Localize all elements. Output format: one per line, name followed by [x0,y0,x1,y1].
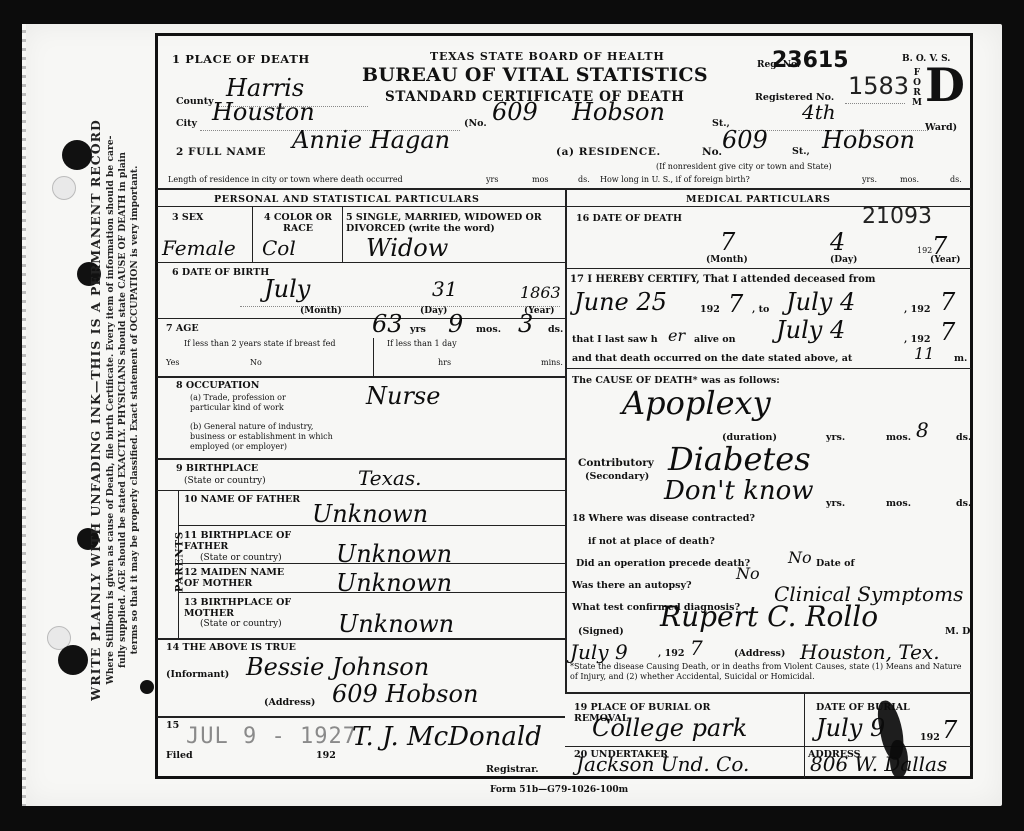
mother-birthplace-label: 13 BIRTHPLACE OF MOTHER [184,597,294,619]
length-of-residence-label: Length of residence in city or town wher… [168,175,403,184]
dob-year: 1863 [520,283,561,302]
board-title: TEXAS STATE BOARD OF HEALTH [430,50,665,63]
medical-section-title: MEDICAL PARTICULARS [686,194,830,205]
punch-hole [58,645,88,675]
ds-label: ds. [950,175,962,184]
father-name-value: Unknown [312,500,428,528]
to-year-prefix: , 192 [904,304,930,315]
ds-label: ds. [956,432,971,443]
autopsy-label: Was there an autopsy? [572,580,692,591]
death-time: 11 [914,344,934,363]
undertaker-value: Jackson Und. Co. [576,752,749,776]
foreign-birth-label: How long in U. S., if of foreign birth? [600,175,750,184]
birthplace-label: 9 BIRTHPLACE [176,463,258,474]
yrs-label: yrs [486,175,498,184]
last-saw-prefix: that I last saw h [572,334,658,345]
paper-edge [22,24,26,806]
ds-label: ds. [956,498,971,509]
age-months: 9 [448,310,463,338]
filed-date-stamp: JUL 9 - 1927 [186,724,357,749]
informant-value: Bessie Johnson [246,653,429,681]
hrs-label: hrs [438,358,451,367]
month-caption: (Month) [706,255,748,265]
sex-label: 3 SEX [172,212,203,223]
full-name-value: Annie Hagan [292,126,450,154]
residence-street-value: Hobson [822,126,915,154]
secondary-label: (Secondary) [585,471,649,482]
birthplace-value: Texas. [358,466,421,490]
dod-month: 7 [720,228,735,256]
filed-number: 15 [166,720,179,731]
residence-label: (a) RESIDENCE. [556,146,661,158]
date-of-label: Date of [816,558,855,569]
form-number: Form 51b—G79-1026-100m [490,785,628,795]
registrar-signature: T. J. McDonald [352,722,542,752]
md-label: M. D. [945,626,973,637]
year-caption: (Year) [930,255,960,265]
cause-duration-months: 8 [916,418,929,442]
not-at-place-label: if not at place of death? [588,536,715,547]
personal-section-title: PERSONAL AND STATISTICAL PARTICULARS [214,194,479,205]
street-no-label: (No. [464,118,487,129]
no-label: No [250,358,262,367]
mos-label: mos. [900,175,919,184]
color-value: Col [262,236,296,260]
father-name-label: 10 NAME OF FATHER [184,494,300,505]
undertaker-address-value: 806 W. Dallas [810,752,947,776]
registered-no: 1583 [848,72,909,100]
attended-from-date: June 25 [574,288,667,316]
margin-line-1: Where Stillborn is given as cause of Dea… [105,30,117,790]
yrs-label: yrs. [826,498,845,509]
month-caption: (Month) [300,306,342,316]
filed-label: Filed [166,750,193,761]
age-label: 7 AGE [166,323,199,334]
ward-label: Ward) [925,122,957,133]
burial-date-value: July 9 [816,714,885,742]
physician-address-label: (Address) [734,648,785,659]
contributory-label: Contributory [578,457,654,469]
physician-signature: Rupert C. Rollo [660,600,878,633]
informant-address-value: 609 Hobson [332,680,478,708]
mos-label: mos. [886,432,911,443]
mother-name-label: 12 MAIDEN NAME OF MOTHER [184,567,294,589]
last-saw-date: July 4 [776,316,845,344]
age-days: 3 [518,310,533,338]
sex-value: Female [162,236,236,260]
mins-label: mins. [541,358,563,367]
day-caption: (Day) [420,306,447,316]
city-value: Houston [212,98,315,126]
bureau-title: BUREAU OF VITAL STATISTICS [362,64,708,86]
operation-label: Did an operation precede death? [576,558,750,569]
mos-label: mos [532,175,549,184]
from-year-prefix: 192 [700,304,720,315]
dod-label: 16 DATE OF DEATH [576,213,682,224]
place-of-death-label: 1 PLACE OF DEATH [172,52,310,66]
filed-year-prefix: 192 [316,750,336,761]
form-letters: FORM [912,68,922,108]
city-label: City [176,118,197,129]
yes-label: Yes [166,358,179,367]
yrs-label: yrs. [826,432,845,443]
residence-no-value: 609 [722,126,768,154]
full-name-label: 2 FULL NAME [176,146,266,158]
dob-label: 6 DATE OF BIRTH [172,267,269,278]
ink-blot [890,740,908,778]
death-time-suffix: m. [954,353,967,364]
age-years: 63 [372,310,403,338]
certify-text: 17 I HEREBY CERTIFY, That I attended dec… [570,274,875,285]
color-label: 4 COLOR OR RACE [258,212,338,234]
yrs-label: yrs [410,324,426,335]
last-saw-suffix: alive on [694,334,736,345]
ds-label: ds. [548,324,563,335]
father-birthplace-sub: (State or country) [200,553,282,563]
death-occurred-text: and that death occurred on the date stat… [572,353,852,364]
yrs-label: yrs. [862,175,877,184]
registrar-label: Registrar. [486,764,539,775]
cause-footnote: *State the disease Causing Death, or in … [570,662,970,682]
signed-label: (Signed) [578,626,624,637]
signed-year: 7 [690,636,703,660]
one-day-note: If less than 1 day [387,339,457,348]
dob-month: July [264,275,310,303]
occupation-b-note: (b) General nature of industry, business… [190,422,350,452]
marital-label: 5 SINGLE, MARRIED, WIDOWED OR DIVORCED (… [346,212,562,234]
marital-value: Widow [366,234,448,262]
dod-day: 4 [830,228,845,256]
ds-label: ds. [578,175,590,184]
margin-instructions: WRITE PLAINLY WITH UNFADING INK—THIS IS … [90,30,150,790]
last-saw-pronoun: er [668,326,685,345]
burial-year-prefix: 192 [920,732,940,743]
residence-st-label: St., [792,146,810,157]
margin-headline: WRITE PLAINLY WITH UNFADING INK—THIS IS … [90,30,102,790]
birthplace-sub: (State or country) [184,476,266,486]
mother-birthplace-value: Unknown [338,610,454,638]
last-saw-year: 7 [940,318,955,346]
informant-label: (Informant) [166,669,229,680]
from-year: 7 [728,290,743,318]
physician-address: Houston, Tex. [800,640,940,664]
true-label: 14 THE ABOVE IS TRUE [166,642,296,653]
dod-year-prefix: 192 [917,246,932,255]
contributory-duration: Don't know [664,476,814,506]
signed-date: July 9 [570,640,628,664]
occupation-value: Nurse [366,382,440,410]
autopsy-value: No [736,564,760,583]
breast-fed-note: If less than 2 years state if breast fed [184,339,335,348]
burial-year: 7 [942,716,957,744]
form-id-letter: D [925,62,965,108]
occupation-a-note: (a) Trade, profession or particular kind… [190,393,310,413]
nonresident-note: (If nonresident give city or town and St… [656,162,832,171]
to-label: , to [752,304,769,315]
ward-value: 4th [802,100,836,124]
father-birthplace-label: 11 BIRTHPLACE OF FATHER [184,530,294,552]
burial-place-value: College park [592,714,747,742]
medical-stamp-number: 21093 [862,204,932,229]
street-no-value: 609 [492,98,538,126]
reg-stamp-number: 23615 [772,48,849,73]
cause-value: Apoplexy [622,384,771,422]
mos-label: mos. [886,498,911,509]
county-label: County [176,96,214,107]
contracted-label: 18 Where was disease contracted? [572,513,755,524]
day-caption: (Day) [830,255,857,265]
dob-day: 31 [432,277,457,301]
residence-no-label: No. [702,146,722,158]
attended-to-date: July 4 [786,288,855,316]
to-year: 7 [940,288,955,316]
informant-address-label: (Address) [264,697,315,708]
contributory-value: Diabetes [668,440,811,478]
margin-line-2: fully supplied. AGE should be stated EXA… [117,30,129,790]
street-value: Hobson [572,98,665,126]
mos-label: mos. [476,324,501,335]
mother-birthplace-sub: (State or country) [200,619,282,629]
signed-year-prefix: , 192 [658,648,684,659]
occupation-label: 8 OCCUPATION [176,380,259,391]
margin-line-3: terms so that it may be properly classif… [129,30,141,790]
operation-value: No [788,548,812,567]
punch-hole-ghost [52,176,76,200]
